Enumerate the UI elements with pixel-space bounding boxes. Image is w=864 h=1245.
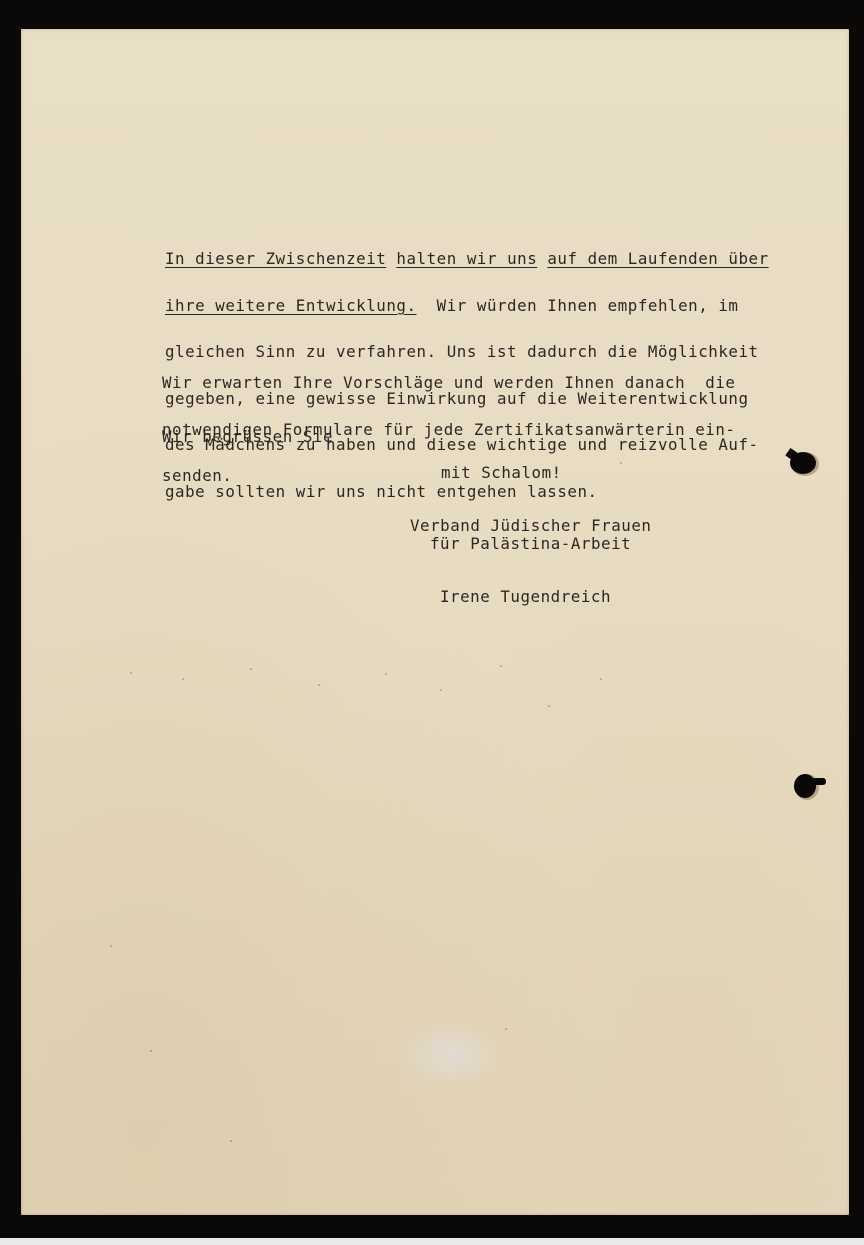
underlined-phrase: auf dem Laufenden über xyxy=(547,249,768,268)
underlined-phrase: ihre weitere Entwicklung. xyxy=(165,296,417,315)
paper-speck xyxy=(620,462,622,464)
scan-frame: In dieser Zwischenzeit halten wir uns au… xyxy=(0,0,864,1245)
paper-speck xyxy=(548,705,550,707)
punch-hole-icon xyxy=(790,452,816,474)
underlined-phrase: In dieser Zwischenzeit xyxy=(165,249,386,268)
paper-speck xyxy=(230,1140,232,1142)
paper-speck xyxy=(500,665,502,667)
paper-speck xyxy=(215,400,217,402)
faded-stamp-mark xyxy=(395,1020,505,1090)
paper-speck xyxy=(385,673,387,675)
paper-speck xyxy=(150,1050,152,1052)
paragraph-1-line-2: ihre weitere Entwicklung. Wir würden Ihn… xyxy=(165,298,769,314)
paper-speck xyxy=(505,1028,507,1030)
closing-salutation: mit Schalom! xyxy=(441,465,562,481)
paper-speck xyxy=(110,945,112,947)
paper-speck xyxy=(318,684,320,686)
underlined-phrase: halten wir uns xyxy=(396,249,537,268)
paper-speck xyxy=(440,689,442,691)
paragraph-2-line-1: Wir erwarten Ihre Vorschläge und werden … xyxy=(162,375,735,391)
organization-name-line-1: Verband Jüdischer Frauen xyxy=(410,518,651,534)
signer-name: Irene Tugendreich xyxy=(440,589,611,605)
paper-speck xyxy=(250,668,252,670)
paper-speck xyxy=(182,678,184,680)
paper-speck xyxy=(390,402,392,404)
scan-bottom-strip xyxy=(0,1238,864,1245)
text-space xyxy=(537,249,547,268)
text-space xyxy=(386,249,396,268)
paper-speck xyxy=(130,672,132,674)
text-segment: Wir würden Ihnen empfehlen, im xyxy=(417,296,739,315)
paragraph-1-line-1: In dieser Zwischenzeit halten wir uns au… xyxy=(165,251,769,267)
punch-hole-icon xyxy=(794,774,816,798)
greeting: Wir begrüssen Sie xyxy=(162,429,333,445)
paper-speck xyxy=(600,678,602,680)
organization-name-line-2: für Palästina-Arbeit xyxy=(430,536,631,552)
